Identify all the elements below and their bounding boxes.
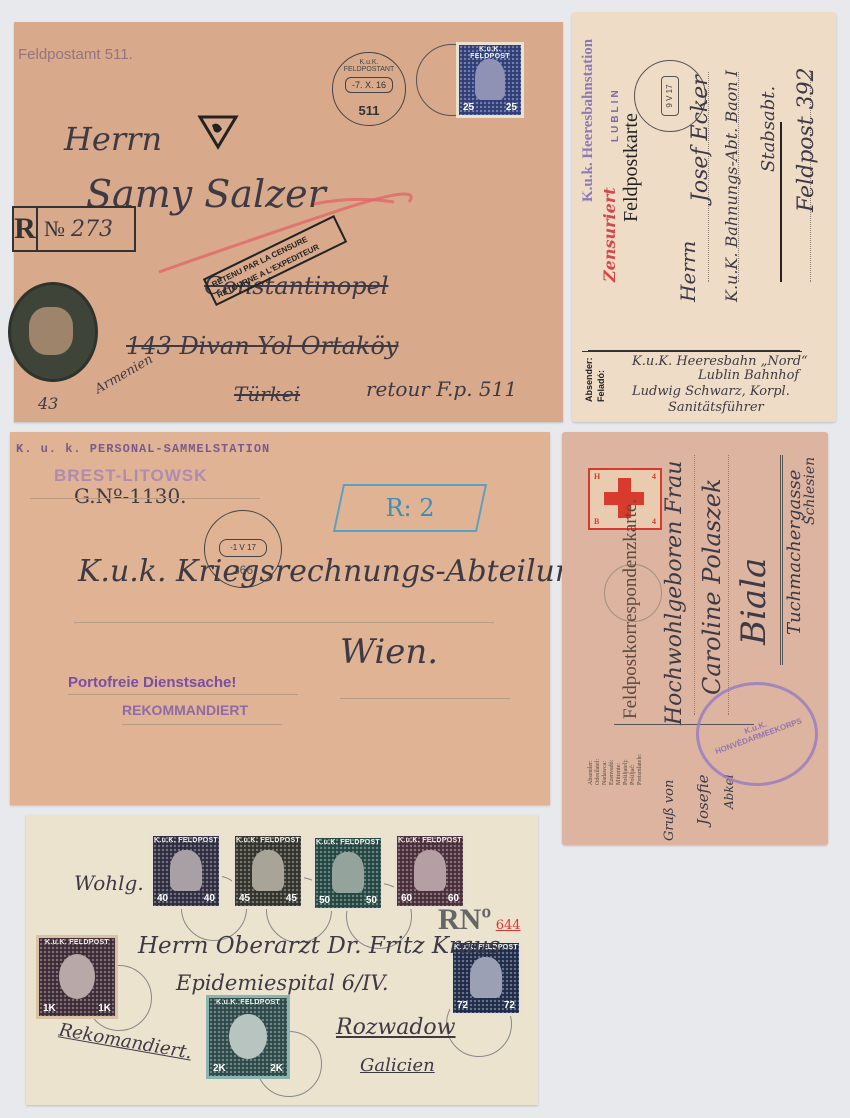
envelope-brest-litowsk: K. u. k. PERSONAL-SAMMELSTATION BREST-LI…	[10, 432, 550, 805]
annotation: Armenien	[93, 352, 156, 397]
envelope-feldpostamt-511: Feldpostamt 511. K.u.K. FELDPOSTANT -7. …	[14, 22, 563, 422]
violet-seal: K.u.K. HONVÉDARMEEKORPS	[696, 682, 818, 786]
annotation: 43	[38, 394, 58, 413]
sender-line: Gruß von	[662, 780, 677, 841]
address-line: Stabsabt.	[758, 86, 779, 172]
annotation: retour F.p. 511	[366, 377, 517, 401]
address-line: Wien.	[340, 632, 438, 672]
triangle-cachet-icon	[198, 115, 238, 149]
sender-line: Josefie	[694, 774, 712, 825]
address-line: K.u.K. Bahnungs-Abt. Baon I	[722, 70, 741, 302]
sender-label: Feladó:	[596, 370, 606, 402]
postage-stamp-40: K.u.K. FELDPOST4040	[150, 833, 222, 909]
address-line: Türkei	[234, 382, 300, 406]
postage-stamp-25: K.u.K. FELDPOST 25 25	[456, 42, 524, 118]
header-stamp: K. u. k. PERSONAL-SAMMELSTATION	[16, 442, 270, 456]
postmark-date: -7. X. 16	[345, 77, 393, 93]
footer-stamp: REKOMMANDIERT	[122, 702, 248, 718]
sender-line: Sanitätsführer	[668, 400, 764, 415]
registration-label: R № 273	[12, 206, 136, 252]
address-line: Galicien	[360, 1055, 435, 1076]
address-line: Herrn Oberarzt Dr. Fritz Kraus	[138, 933, 500, 959]
address-line: Feldpost 392	[794, 67, 819, 212]
feldpostkorrespondenzkarte: B H 4 4 Feldpostkorrespondenzkarte. Hoch…	[562, 432, 828, 845]
header-stamp-city: BREST-LITOWSK	[54, 466, 207, 486]
postage-stamp-2k: K.u.K. FELDPOST2K2K	[206, 995, 290, 1079]
address-line: Schlesien	[802, 457, 818, 525]
registration-mark: RNº 644	[438, 903, 521, 937]
address-line: Caroline Polaszek	[698, 478, 726, 695]
header-imprint: Feldpostamt 511.	[18, 46, 133, 63]
sender-stamp: K.u.k. Heeresbahnstation	[580, 39, 597, 202]
registration-box: R: 2	[333, 484, 487, 532]
address-line: Rozwadow	[336, 1015, 456, 1040]
address-line: Biala	[734, 558, 774, 645]
address-line: Herrn	[676, 241, 700, 302]
address-line: 143 Divan Yol Ortaköy	[126, 332, 398, 360]
sender-line: Lublin Bahnhof	[698, 368, 799, 383]
feldpostamt-seal	[8, 282, 98, 382]
censor-red-stamp: Zensuriert	[600, 187, 619, 282]
postage-stamp-45: K.u.K. FELDPOST4545	[232, 833, 304, 909]
address-line: Wohlg.	[74, 871, 144, 895]
feldpostkarte-lublin: K.u.k. Heeresbahnstation LUBLIN Feldpost…	[572, 12, 836, 422]
address-line: Hochwohlgeboren Frau	[662, 461, 687, 725]
sender-line: Ludwig Schwarz, Korpl.	[632, 384, 790, 399]
postage-stamp-50: K.u.K. FELDPOST5050	[312, 835, 384, 911]
address-line: K.u.k. Kriegsrechnungs-Abteilung in	[78, 554, 632, 589]
reference-number: G.Nº-1130.	[74, 484, 187, 508]
card-title: Feldpostkorrespondenzkarte.	[620, 499, 642, 719]
sender-labels: Absender:Odesílatel: Nadawca:Ezenvadó: M…	[588, 754, 644, 785]
postmark: K.u.K. FELDPOSTANT -7. X. 16 511	[332, 52, 406, 126]
sender-line: K.u.K. Heeresbahn „Nord“	[632, 354, 808, 369]
footer-stamp: Portofreie Dienstsache!	[68, 674, 236, 691]
address-line: Herrn	[64, 120, 162, 158]
card-title: Feldpostkarte	[620, 113, 643, 222]
address-line: Epidemiespital 6/IV.	[176, 971, 389, 995]
sender-label: Absender:	[584, 357, 594, 402]
registered-cover-rozwadow: K.u.K. FELDPOST4040 K.u.K. FELDPOST4545 …	[26, 815, 538, 1105]
postage-stamp-1k: K.u.K. FELDPOST1K1K	[36, 935, 118, 1019]
postage-stamp-60: K.u.K. FELDPOST6060	[394, 833, 466, 909]
address-line: Josef Ecker	[688, 75, 713, 202]
